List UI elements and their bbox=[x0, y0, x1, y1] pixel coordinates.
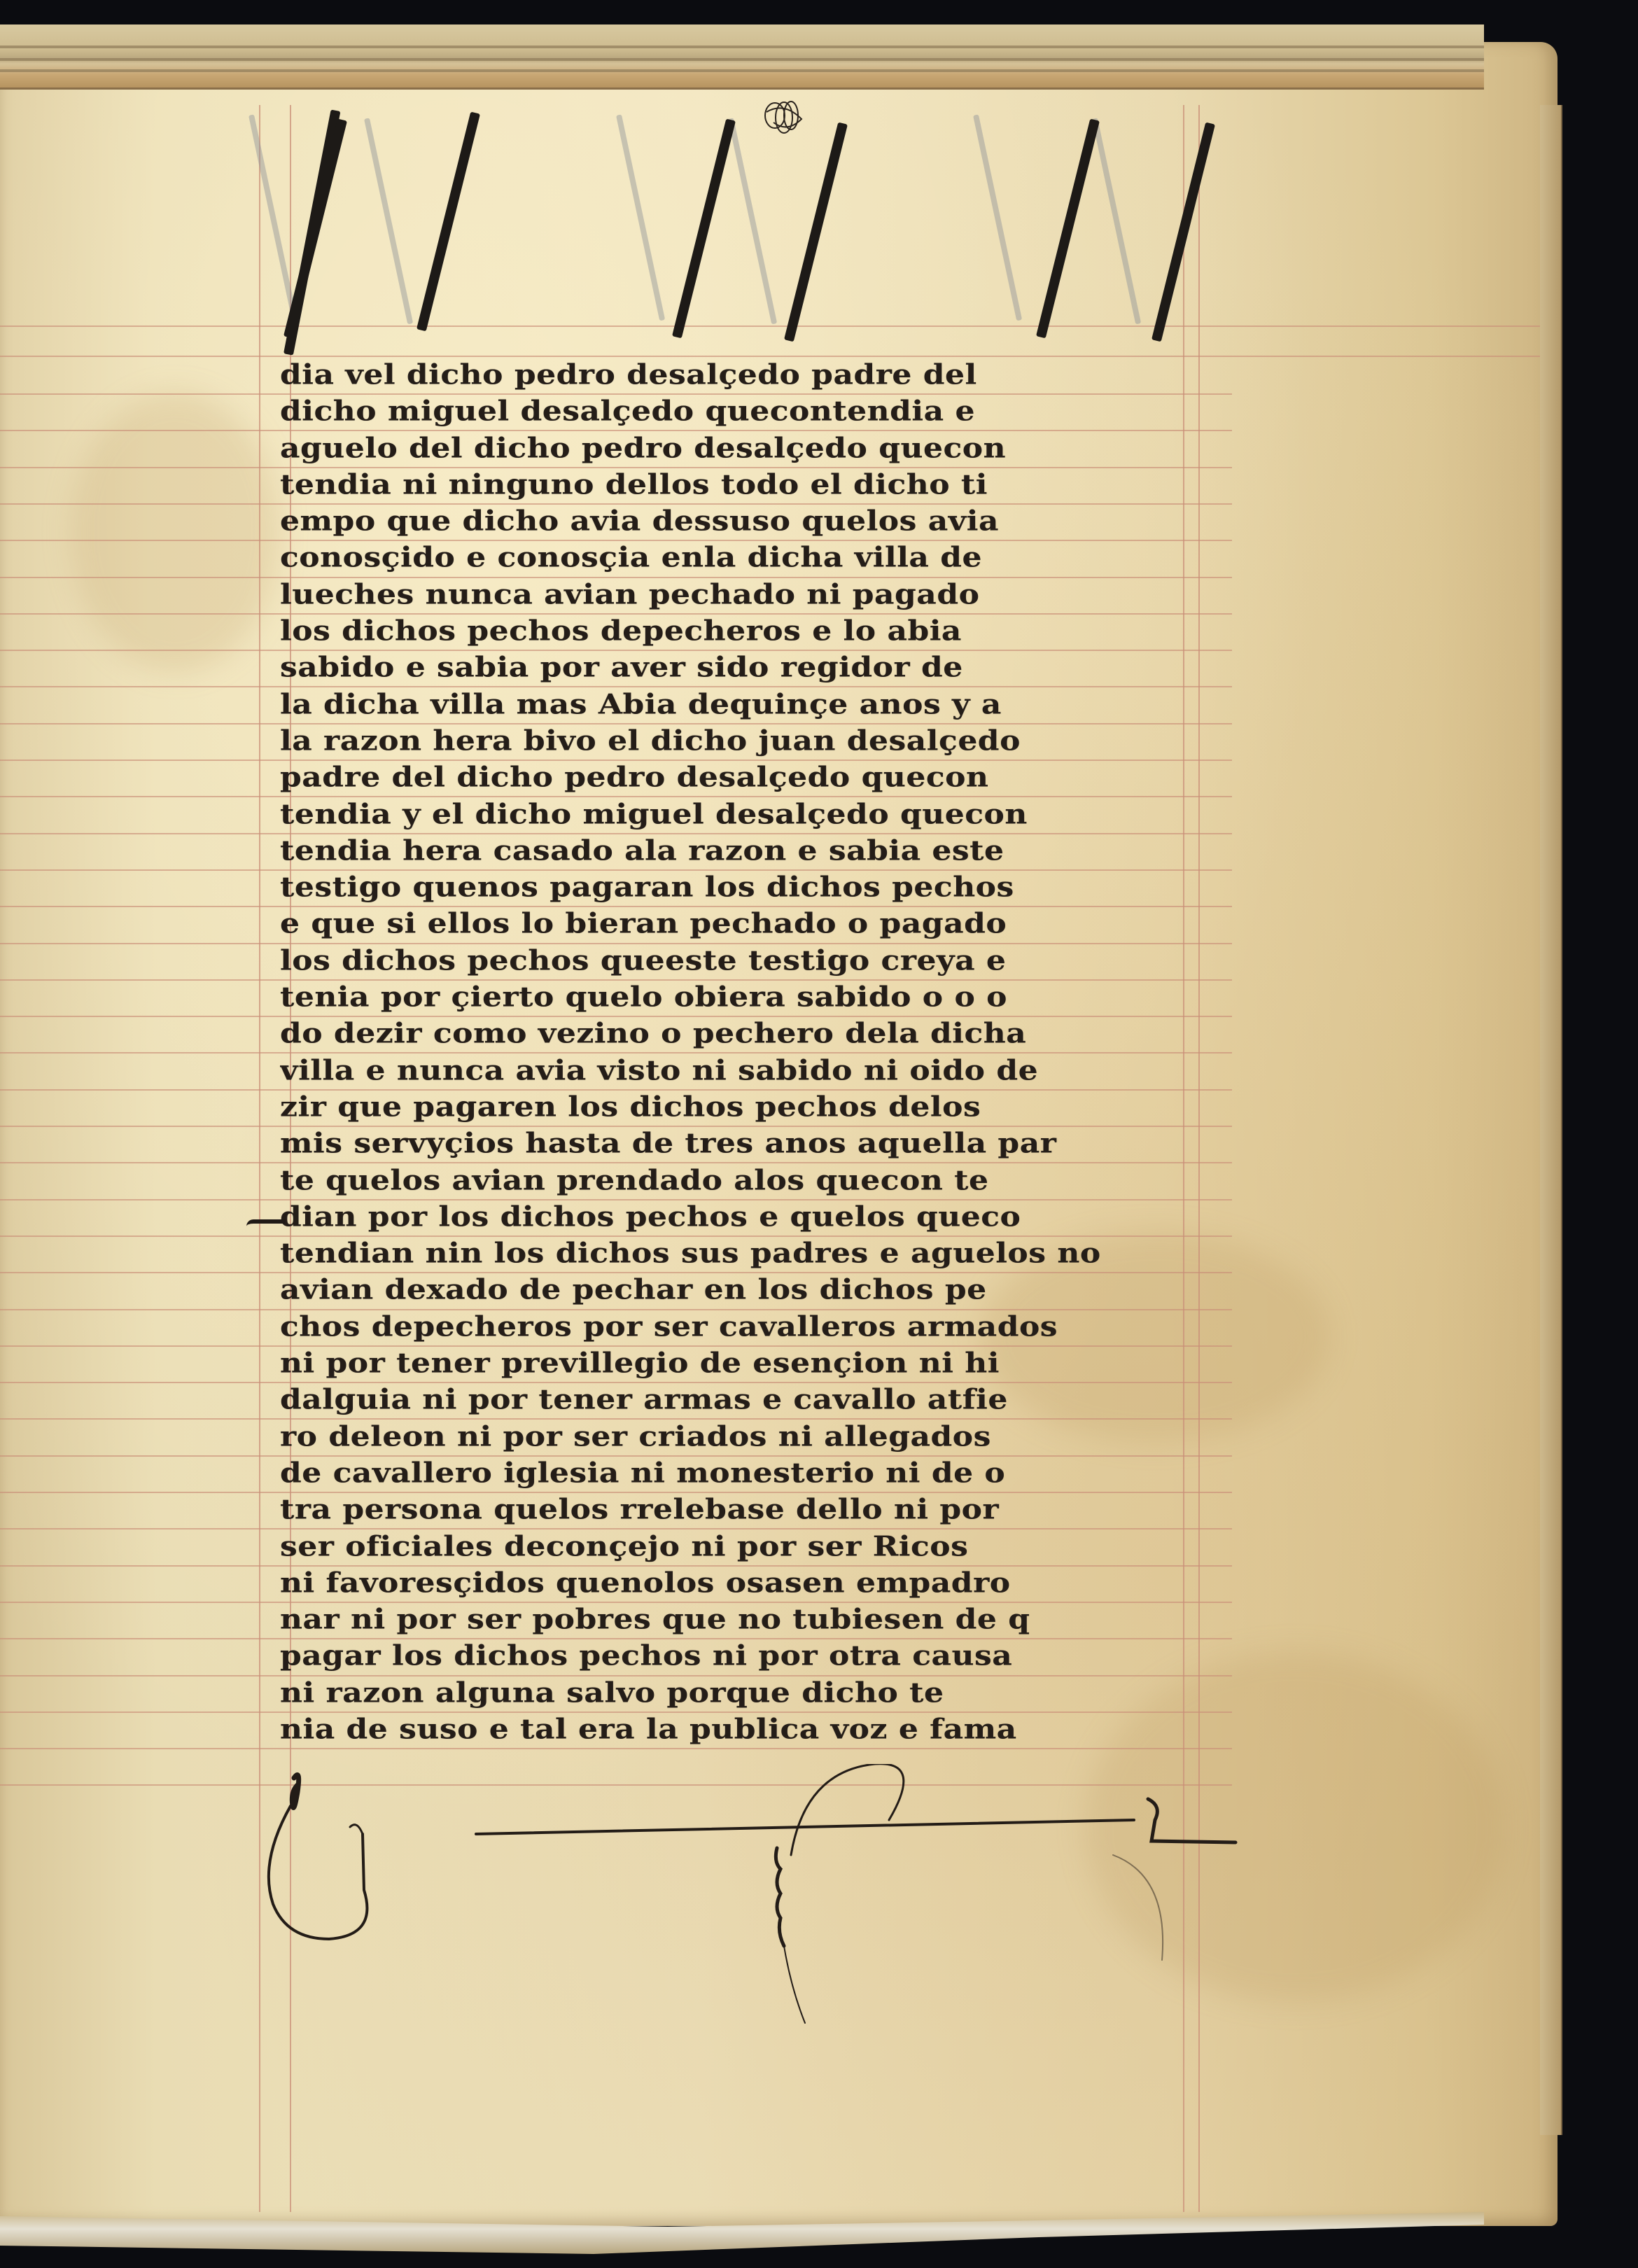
text-line: tenia por çierto quelo obiera sabido o o… bbox=[280, 981, 1197, 1014]
text-line: tendian nin los dichos sus padres e ague… bbox=[280, 1238, 1197, 1270]
notarial-rubric-icon bbox=[259, 1764, 1239, 2030]
text-line: tendia hera casado ala razon e sabia est… bbox=[280, 834, 1197, 867]
text-line: la razon hera bivo el dicho juan desalçe… bbox=[280, 725, 1197, 758]
manuscript-text: dia vel dicho pedro desalçedo padre deld… bbox=[280, 357, 1197, 1748]
text-line: conosçido e conosçia enla dicha villa de bbox=[280, 542, 1197, 575]
text-line: mis servyçios hasta de tres anos aquella… bbox=[280, 1128, 1197, 1161]
text-line: los dichos pechos depecheros e lo abia bbox=[280, 615, 1197, 648]
page-right-edge bbox=[1540, 105, 1562, 2135]
text-line: empo que dicho avia dessuso quelos avia bbox=[280, 505, 1197, 538]
text-line: dian por los dichos pechos e quelos quec… bbox=[280, 1200, 1197, 1233]
text-line: ni por tener previllegio de esençion ni … bbox=[280, 1347, 1197, 1380]
margin-bracket bbox=[246, 1219, 285, 1239]
page-top-edge bbox=[0, 24, 1484, 90]
header-rule bbox=[0, 325, 1540, 327]
text-line: lueches nunca avian pechado ni pagado bbox=[280, 578, 1197, 611]
text-line: nar ni por ser pobres que no tubiesen de… bbox=[280, 1604, 1197, 1637]
text-line: e que si ellos lo bieran pechado o pagad… bbox=[280, 908, 1197, 941]
ink-flourish-icon bbox=[759, 98, 808, 147]
text-line: testigo quenos pagaran los dichos pechos bbox=[280, 871, 1197, 904]
text-line: villa e nunca avia visto ni sabido ni oi… bbox=[280, 1054, 1197, 1087]
text-line: chos depecheros por ser cavalleros armad… bbox=[280, 1310, 1197, 1343]
text-line: ser oficiales deconçejo ni por ser Ricos bbox=[280, 1530, 1197, 1563]
text-line: padre del dicho pedro desalçedo quecon bbox=[280, 762, 1197, 794]
text-line: aguelo del dicho pedro desalçedo quecon bbox=[280, 432, 1197, 465]
text-line: do dezir como vezino o pechero dela dich… bbox=[280, 1018, 1197, 1051]
text-line: los dichos pechos queeste testigo creya … bbox=[280, 944, 1197, 977]
text-line: dicho miguel desalçedo quecontendia e bbox=[280, 395, 1197, 428]
text-line: sabido e sabia por aver sido regidor de bbox=[280, 652, 1197, 685]
text-line: de cavallero iglesia ni monesterio ni de… bbox=[280, 1457, 1197, 1490]
text-line: ro deleon ni por ser criados ni allegado… bbox=[280, 1420, 1197, 1453]
text-line: ni razon alguna salvo porque dicho te bbox=[280, 1676, 1197, 1709]
text-line: tendia y el dicho miguel desalçedo queco… bbox=[280, 798, 1197, 831]
water-stain bbox=[70, 392, 280, 672]
text-line: te quelos avian prendado alos quecon te bbox=[280, 1164, 1197, 1197]
text-line: pagar los dichos pechos ni por otra caus… bbox=[280, 1640, 1197, 1673]
text-line: tendia ni ninguno dellos todo el dicho t… bbox=[280, 469, 1197, 502]
text-line: la dicha villa mas Abia dequinçe anos y … bbox=[280, 688, 1197, 721]
text-line: nia de suso e tal era la publica voz e f… bbox=[280, 1714, 1197, 1746]
ruling-line bbox=[0, 1748, 1232, 1749]
text-line: zir que pagaren los dichos pechos delos bbox=[280, 1091, 1197, 1124]
text-line: ni favoresçidos quenolos osasen empadro bbox=[280, 1567, 1197, 1599]
text-line: dia vel dicho pedro desalçedo padre del bbox=[280, 359, 1197, 392]
text-line: dalguia ni por tener armas e cavallo atf… bbox=[280, 1384, 1197, 1417]
text-line: tra persona quelos rrelebase dello ni po… bbox=[280, 1494, 1197, 1527]
text-line: avian dexado de pechar en los dichos pe bbox=[280, 1274, 1197, 1307]
